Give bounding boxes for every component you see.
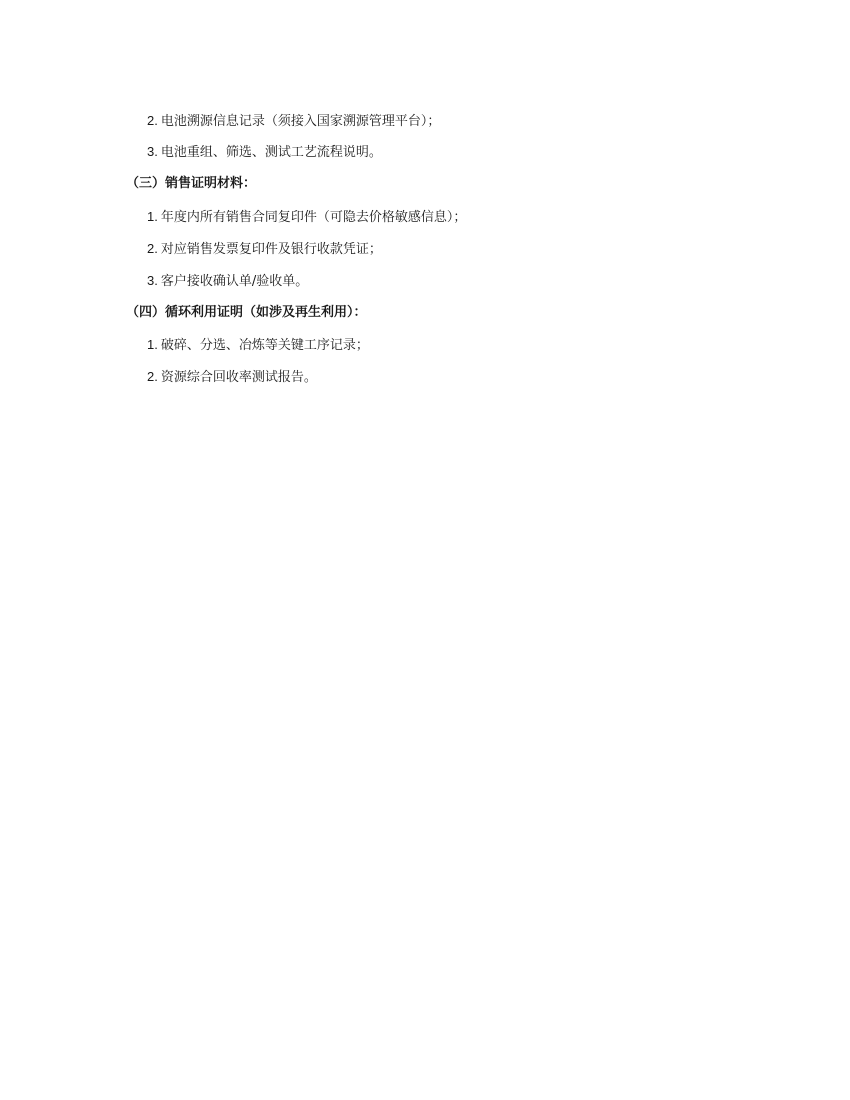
list-text: 破碎、分选、冶炼等关键工序记录； — [161, 338, 369, 353]
list-number: 1. — [147, 337, 158, 352]
list-text: 客户接收确认单/验收单。 — [161, 274, 308, 289]
list-number: 3. — [147, 144, 158, 159]
list-text: 电池重组、筛选、测试工艺流程说明。 — [161, 145, 382, 160]
list-text: 年度内所有销售合同复印件（可隐去价格敏感信息）； — [161, 210, 467, 225]
list-text: 资源综合回收率测试报告。 — [161, 370, 317, 385]
list-item-recovery-rate-report: 2.资源综合回收率测试报告。 — [147, 368, 317, 387]
list-number: 1. — [147, 209, 158, 224]
section-heading-sales-proof: （三）销售证明材料： — [126, 175, 256, 193]
list-item-invoices: 2.对应销售发票复印件及银行收款凭证； — [147, 240, 382, 259]
list-number: 3. — [147, 273, 158, 288]
list-number: 2. — [147, 113, 158, 128]
list-text: 对应销售发票复印件及银行收款凭证； — [161, 242, 382, 257]
list-text: 电池溯源信息记录（须接入国家溯源管理平台）； — [161, 114, 441, 129]
list-item-battery-traceability: 2.电池溯源信息记录（须接入国家溯源管理平台）； — [147, 112, 440, 131]
list-item-customer-receipt: 3.客户接收确认单/验收单。 — [147, 272, 308, 291]
list-item-process-records: 1.破碎、分选、冶炼等关键工序记录； — [147, 336, 369, 355]
list-item-sales-contracts: 1.年度内所有销售合同复印件（可隐去价格敏感信息）； — [147, 208, 466, 227]
list-number: 2. — [147, 241, 158, 256]
document-page: 2.电池溯源信息记录（须接入国家溯源管理平台）； 3.电池重组、筛选、测试工艺流… — [0, 0, 850, 1100]
list-number: 2. — [147, 369, 158, 384]
list-item-battery-process: 3.电池重组、筛选、测试工艺流程说明。 — [147, 143, 382, 162]
section-heading-recycling-proof: （四）循环利用证明（如涉及再生利用）： — [126, 304, 367, 322]
